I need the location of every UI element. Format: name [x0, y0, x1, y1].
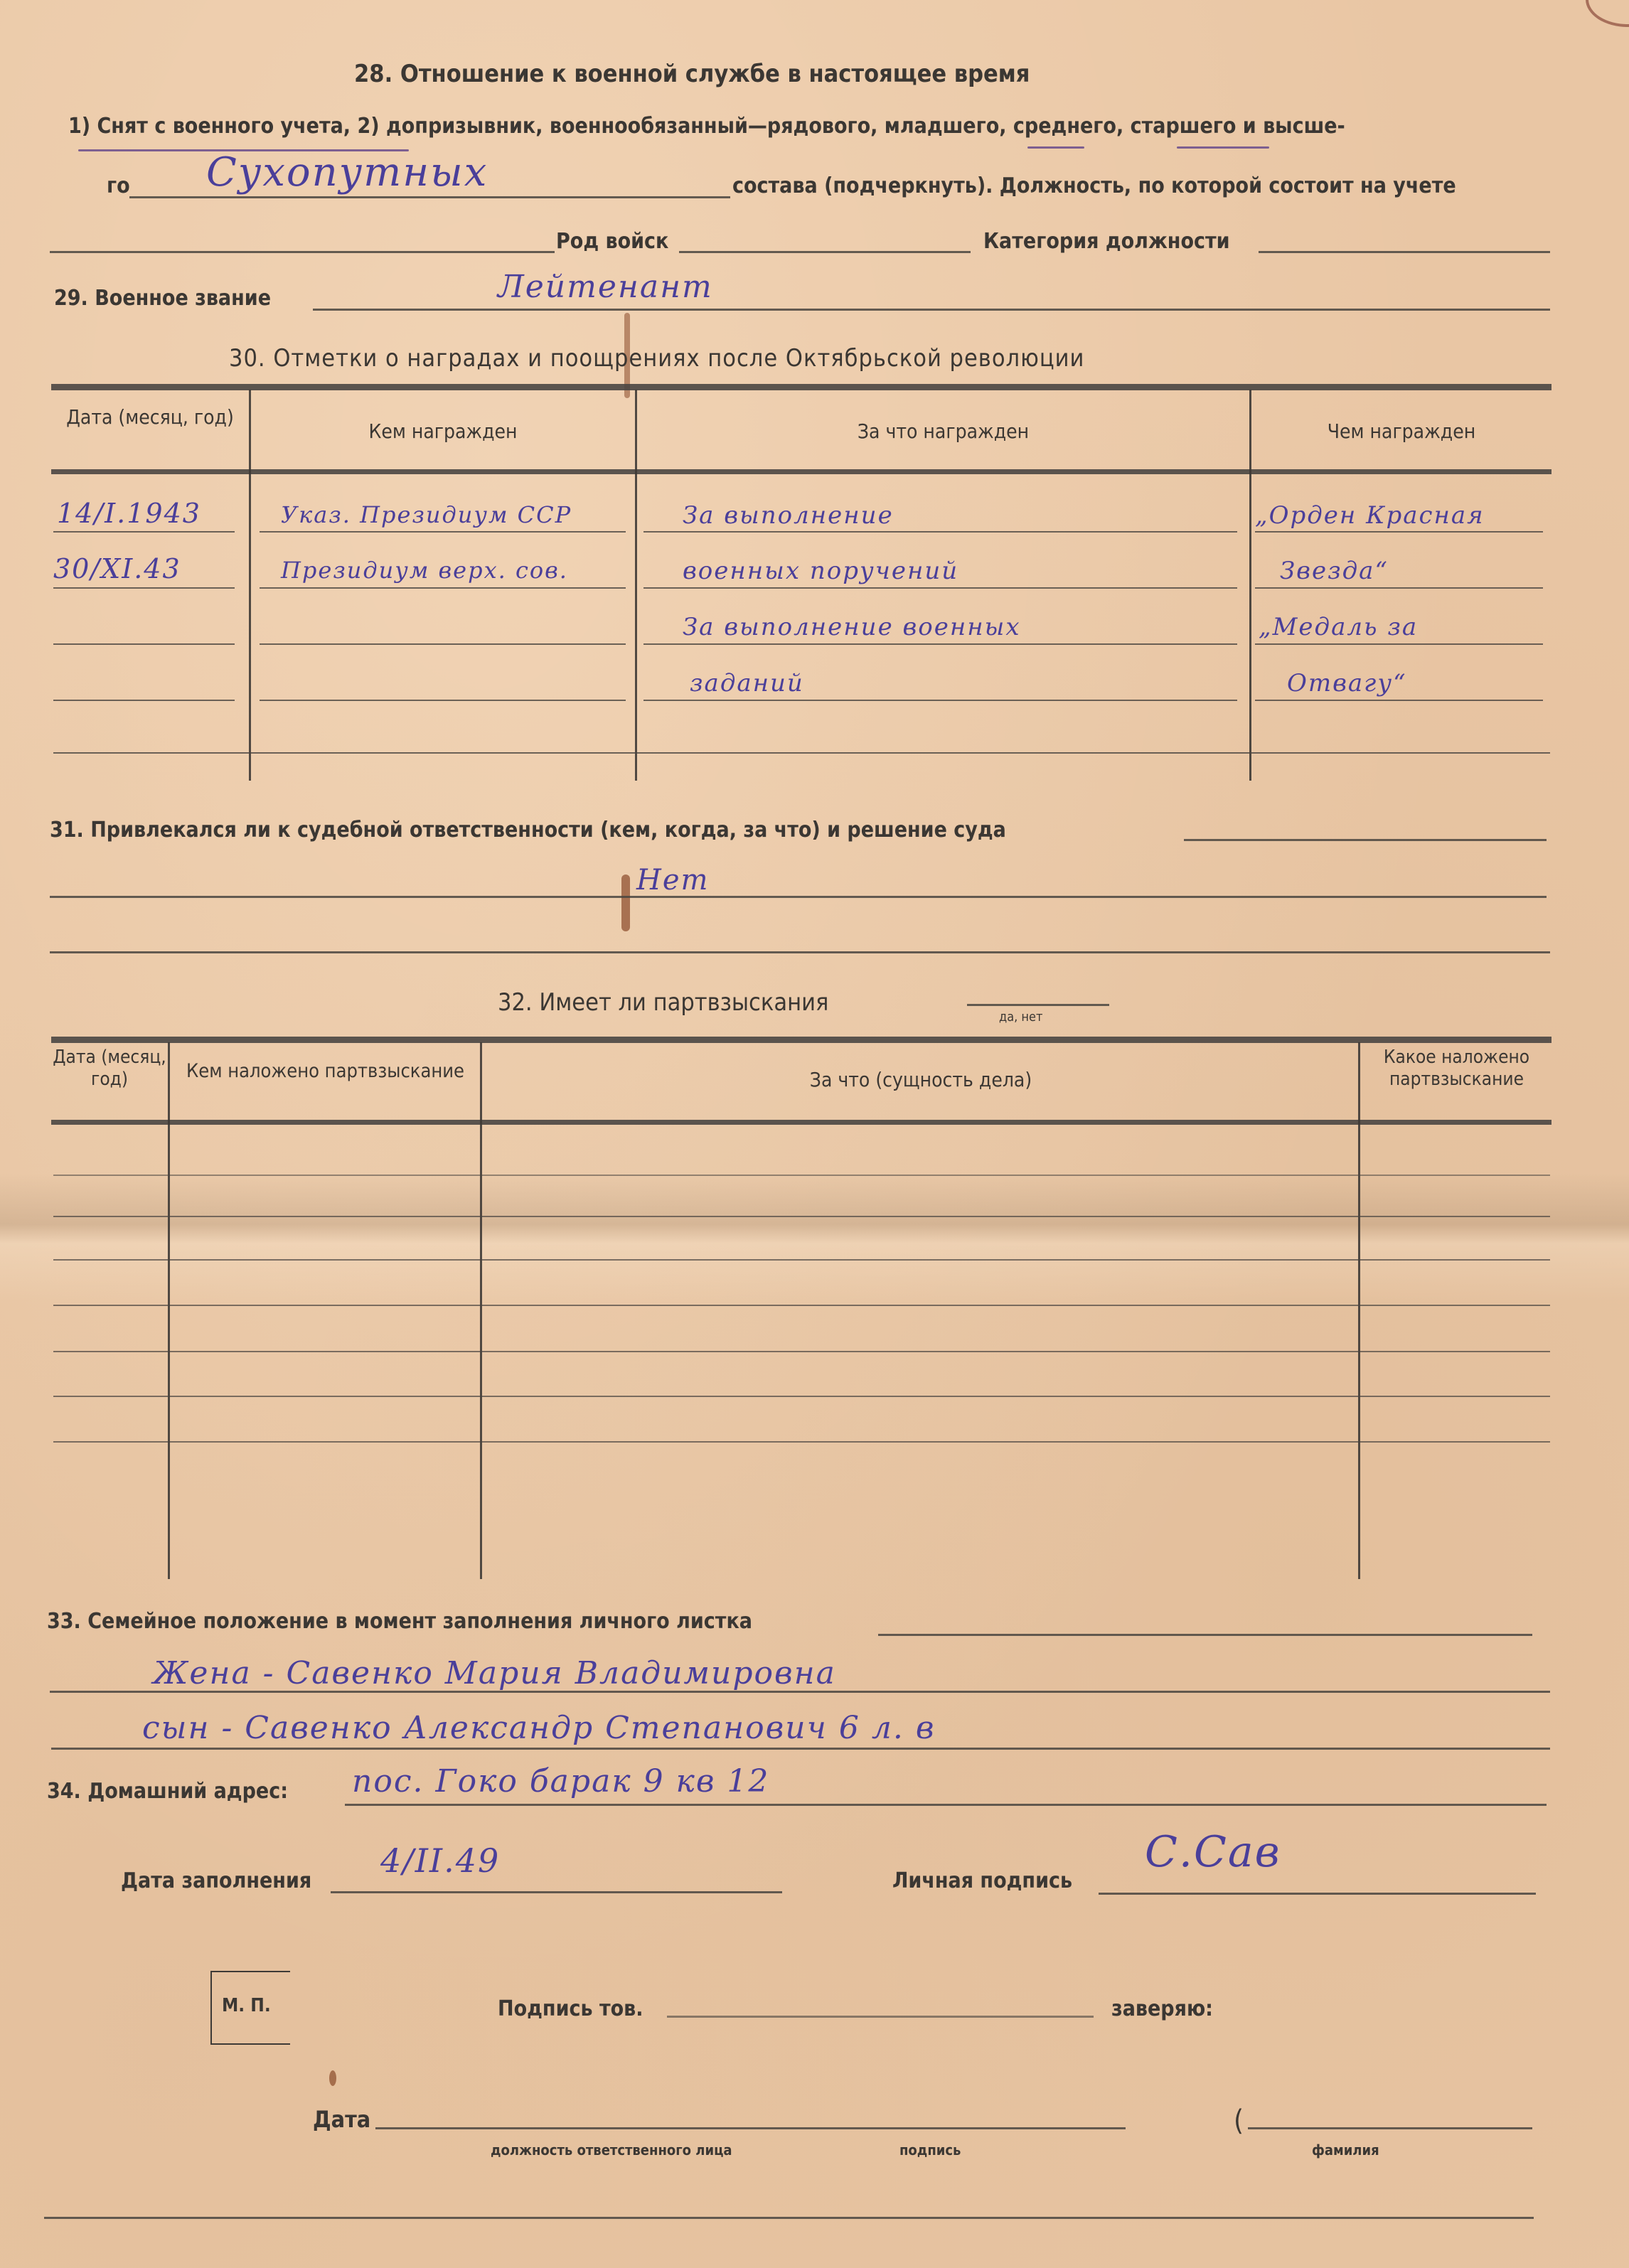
- awards-header-date: Дата (месяц, год): [51, 405, 249, 429]
- option-junior[interactable]: младшего,: [885, 114, 1007, 139]
- home-address-value[interactable]: пос. Гоко барак 9 кв 12: [352, 1763, 769, 1799]
- section-34-label: 34. Домашний адрес:: [47, 1779, 288, 1804]
- row-line: [53, 1216, 1550, 1217]
- sub-position: должность ответственного лица: [491, 2141, 732, 2159]
- family-line-2[interactable]: сын - Савенко Александр Степанович 6 л. …: [142, 1710, 935, 1746]
- field-line: [331, 1891, 782, 1893]
- col-divider: [1358, 1042, 1360, 1579]
- label-branch: Род войск: [556, 229, 668, 254]
- row-line: [53, 1305, 1550, 1306]
- awards-header-award: Чем награжден: [1251, 419, 1551, 444]
- section-28-title: 28. Отношение к военной службе в настоящ…: [354, 60, 1030, 88]
- award-row-3-for[interactable]: За выполнение военных: [683, 613, 1021, 641]
- row-line: [1255, 700, 1543, 701]
- award-row-1-for[interactable]: За выполнение: [683, 501, 894, 530]
- paper-crease: [0, 1173, 1629, 1301]
- field-line-position-signature[interactable]: [375, 2127, 1126, 2129]
- award-row-4-award[interactable]: Отвагу“: [1287, 669, 1406, 697]
- row-line: [1255, 643, 1543, 645]
- row-line: [260, 531, 626, 533]
- hint-yes-no: да, нет: [999, 1010, 1042, 1025]
- award-row-2-by[interactable]: Президиум верх. сов.: [281, 557, 568, 584]
- option-removed-from-registry[interactable]: 1) Снят с военного учета,: [68, 114, 351, 139]
- section-29-label: 29. Военное звание: [54, 286, 271, 311]
- field-line: [878, 1634, 1532, 1636]
- field-line: [129, 196, 730, 198]
- col-divider: [480, 1042, 482, 1579]
- section-33-label: 33. Семейное положение в момент заполнен…: [47, 1609, 752, 1634]
- bottom-rule: [44, 2217, 1534, 2219]
- penalties-header-for: За что (сущность дела): [484, 1068, 1358, 1092]
- field-line-branch[interactable]: [679, 251, 971, 253]
- personal-signature[interactable]: С.Сав: [1145, 1827, 1281, 1877]
- field-line: [50, 951, 1550, 953]
- row-line: [53, 1441, 1550, 1443]
- field-line: [51, 1748, 1550, 1750]
- row-line: [260, 587, 626, 589]
- row-line: [1255, 587, 1543, 589]
- field-line: [313, 309, 1550, 311]
- section-31-label: 31. Привлекался ли к судебной ответствен…: [50, 818, 1006, 843]
- table-border-top: [51, 384, 1551, 390]
- row-line: [53, 1351, 1550, 1352]
- section-28-line2-prefix: го: [107, 173, 130, 198]
- row-line: [1255, 531, 1543, 533]
- field-line-category[interactable]: [1259, 251, 1550, 253]
- row-line: [643, 643, 1237, 645]
- option-pre-conscript: 2) допризывник, военнообязанный—рядового…: [357, 114, 877, 139]
- date-label: Дата: [313, 2106, 370, 2133]
- row-line: [53, 1175, 1550, 1176]
- field-line: [1184, 839, 1547, 841]
- section-28-composition-value[interactable]: Сухопутных: [206, 149, 488, 196]
- awards-header-for: За что награжден: [637, 419, 1249, 444]
- award-row-4-for[interactable]: заданий: [690, 669, 804, 697]
- awards-header-by: Кем награжден: [251, 419, 635, 444]
- col-divider: [168, 1042, 170, 1579]
- field-line-yes-no[interactable]: [967, 1004, 1109, 1006]
- award-row-1-by[interactable]: Указ. Президиум ССР: [281, 501, 572, 528]
- field-line: [50, 1691, 1550, 1693]
- award-row-1-date[interactable]: 14/I.1943: [57, 498, 201, 529]
- row-line: [643, 587, 1237, 589]
- row-line: [53, 531, 235, 533]
- section-30-title: 30. Отметки о наградах и поощрениях посл…: [229, 344, 1084, 373]
- award-row-2-date[interactable]: 30/XI.43: [53, 553, 181, 584]
- row-line: [53, 587, 235, 589]
- row-line: [53, 752, 1550, 754]
- stain-ring: [1586, 0, 1629, 27]
- stain-mark: [329, 2070, 336, 2086]
- certify-suffix: заверяю:: [1111, 1996, 1213, 2021]
- award-row-3-award[interactable]: „Медаль за: [1259, 613, 1418, 641]
- row-line: [53, 1396, 1550, 1397]
- section-32-title: 32. Имеет ли партвзыскания: [498, 988, 828, 1017]
- field-line: [1099, 1893, 1536, 1895]
- sub-sign: подпись: [899, 2141, 961, 2159]
- row-line: [643, 700, 1237, 701]
- col-divider: [1249, 390, 1251, 781]
- row-line: [53, 643, 235, 645]
- penalties-header-type: Какое наложено партвзыскание: [1362, 1047, 1551, 1091]
- fill-date-label: Дата заполнения: [121, 1868, 311, 1893]
- row-line: [260, 643, 626, 645]
- label-category: Категория должности: [983, 229, 1230, 254]
- penalties-header-by: Кем наложено партвзыскание: [171, 1059, 480, 1084]
- option-middle[interactable]: среднего,: [1013, 114, 1123, 139]
- award-row-2-award[interactable]: Звезда“: [1280, 557, 1389, 585]
- col-divider: [249, 390, 251, 781]
- award-row-1-award[interactable]: „Орден Красная: [1255, 501, 1485, 530]
- sub-surname: фамилия: [1312, 2141, 1379, 2159]
- field-line-position: [50, 251, 555, 253]
- paren-open: (: [1234, 2104, 1244, 2137]
- table-border-top: [51, 1037, 1551, 1043]
- stamp-label: М. П.: [222, 1995, 271, 2016]
- family-line-1[interactable]: Жена - Савенко Мария Владимировна: [153, 1655, 836, 1691]
- field-line-surname[interactable]: [1248, 2127, 1532, 2129]
- option-senior: старшего и высше-: [1131, 114, 1345, 139]
- field-line: [345, 1804, 1547, 1806]
- row-line: [643, 531, 1237, 533]
- ink-underline-middle: [1177, 146, 1269, 149]
- section-28-line1: 1) Снят с военного учета, 2) допризывник…: [68, 114, 1345, 139]
- row-line: [53, 700, 235, 701]
- ink-underline-junior: [1027, 146, 1084, 149]
- stain-mark: [621, 874, 630, 931]
- certify-prefix: Подпись тов.: [498, 1996, 643, 2021]
- row-line: [53, 1259, 1550, 1261]
- military-rank-value[interactable]: Лейтенант: [498, 269, 713, 305]
- award-row-2-for[interactable]: военных поручений: [683, 557, 958, 585]
- table-header-border: [51, 469, 1551, 474]
- col-divider: [635, 390, 637, 781]
- section-28-line2-suffix: состава (подчеркнуть). Должность, по кот…: [732, 173, 1456, 198]
- fill-date-value[interactable]: 4/II.49: [380, 1841, 500, 1880]
- row-line: [260, 700, 626, 701]
- penalties-header-date: Дата (месяц, год): [51, 1047, 168, 1091]
- court-liability-value[interactable]: Нет: [636, 864, 709, 897]
- table-header-border: [51, 1120, 1551, 1125]
- field-line-certifier[interactable]: [667, 2016, 1094, 2018]
- field-line: [50, 896, 1547, 898]
- signature-label: Личная подпись: [892, 1868, 1072, 1893]
